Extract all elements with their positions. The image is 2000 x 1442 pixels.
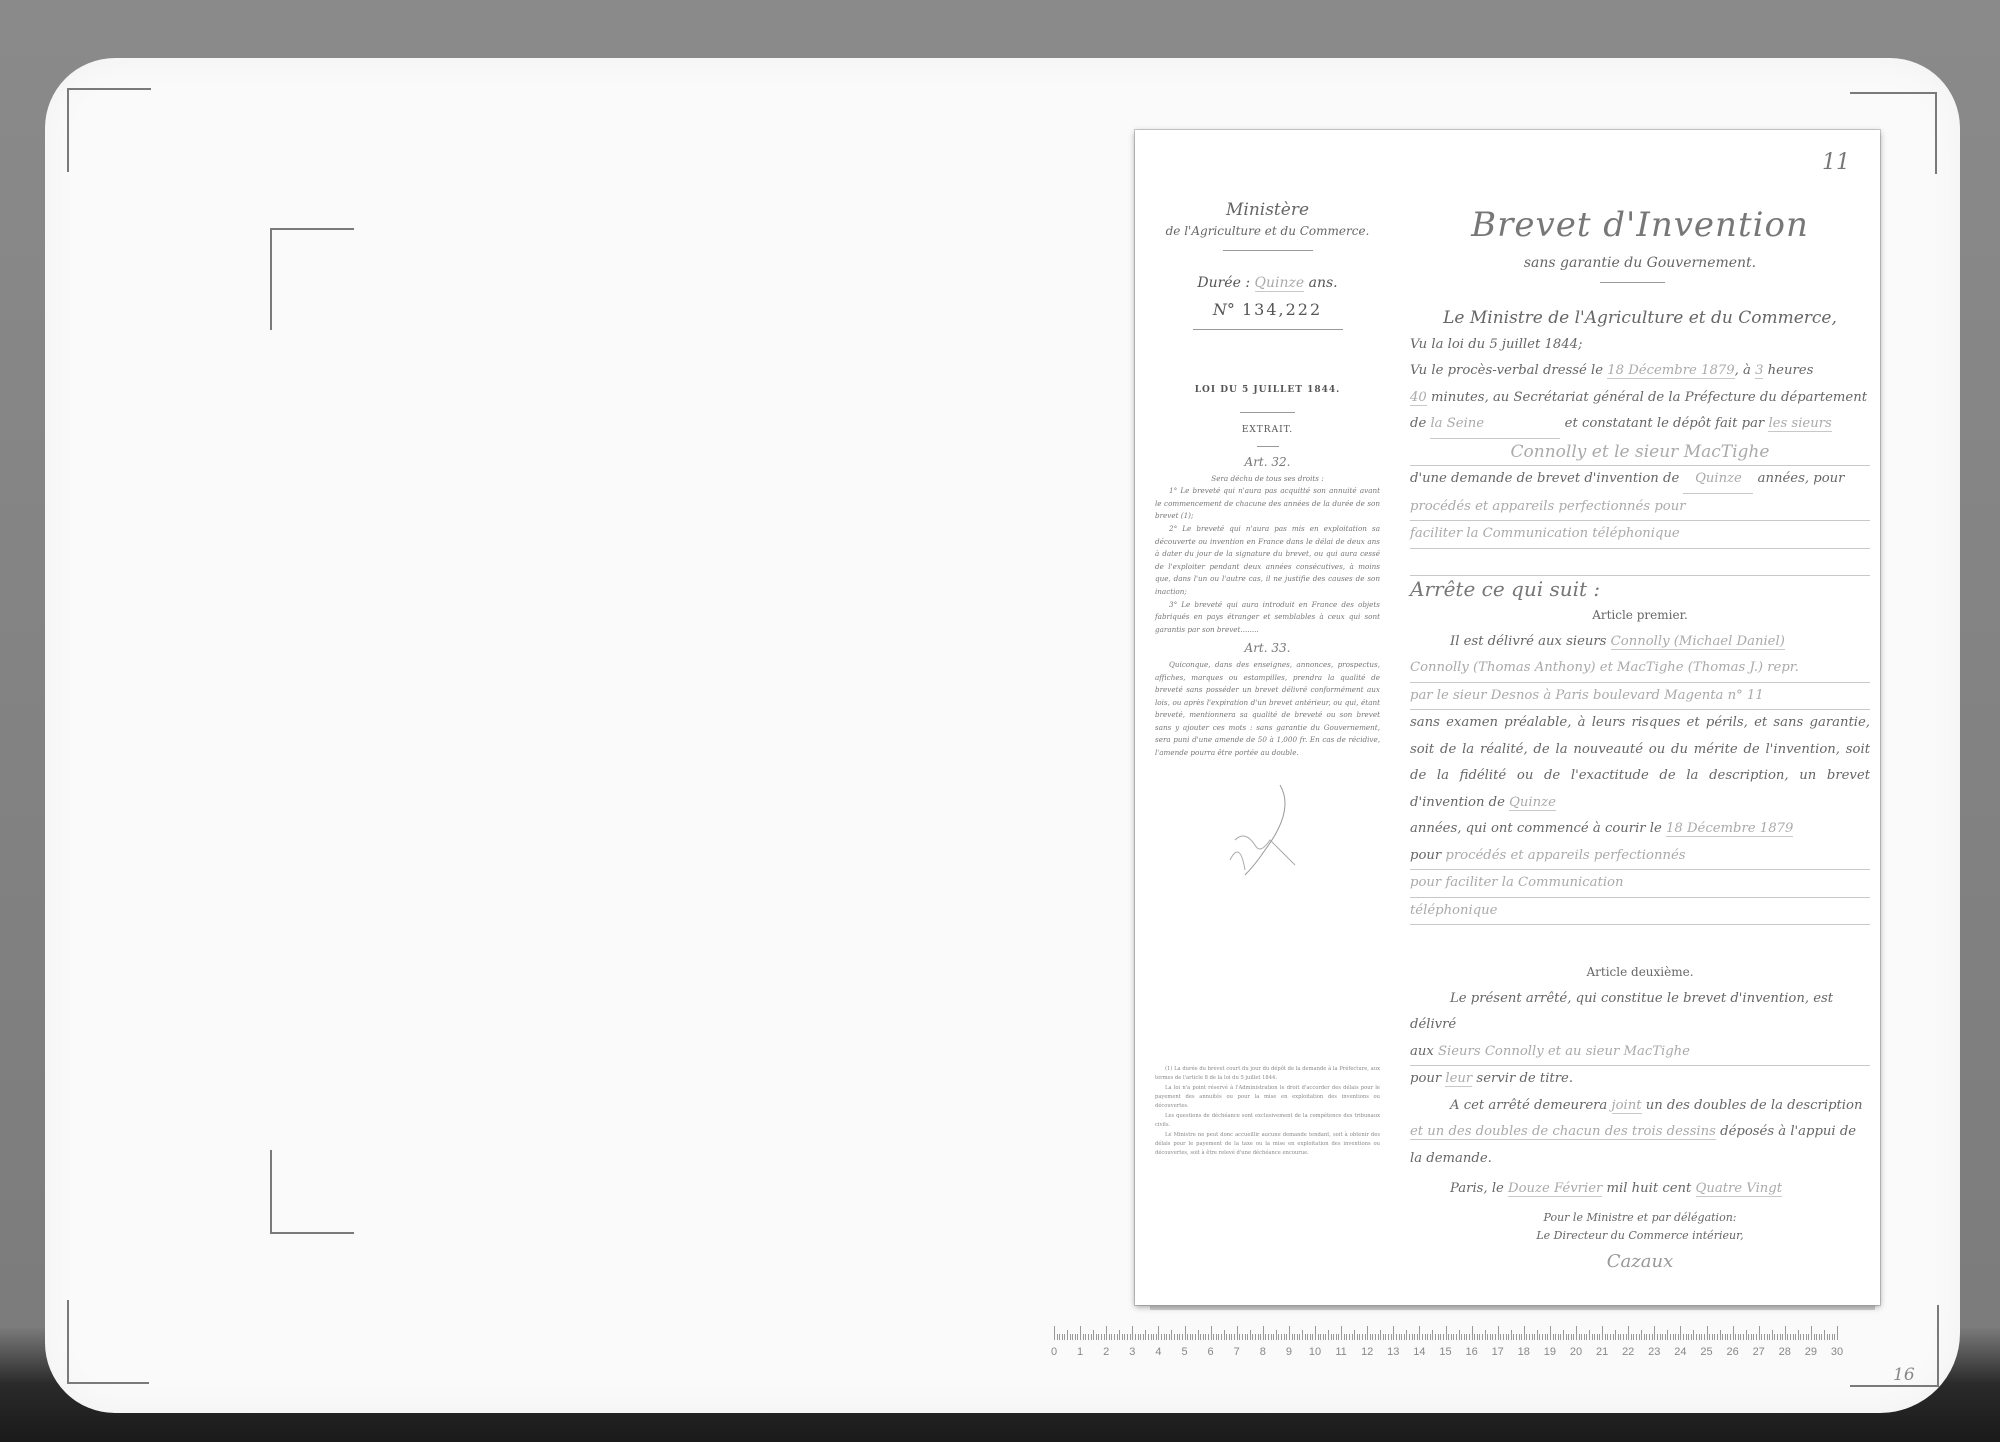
ruler-tick — [1221, 1334, 1222, 1340]
ruler-tick — [1662, 1334, 1663, 1340]
ruler-tick — [1263, 1326, 1264, 1340]
ruler-tick — [1506, 1334, 1507, 1340]
ruler-tick — [1584, 1334, 1585, 1340]
ruler-tick — [1534, 1334, 1535, 1340]
ruler-label: 8 — [1260, 1346, 1266, 1358]
ruler-tick — [1169, 1334, 1170, 1340]
corner-mark-top-left — [67, 88, 151, 172]
divider — [1223, 250, 1313, 251]
ruler-tick — [1485, 1330, 1486, 1340]
ruler-tick — [1477, 1334, 1478, 1340]
ruler-tick — [1464, 1334, 1465, 1340]
ruler-tick — [1693, 1330, 1694, 1340]
ruler-tick — [1289, 1326, 1290, 1340]
ruler-tick — [1153, 1334, 1154, 1340]
ruler-label: 22 — [1622, 1346, 1634, 1358]
ruler-tick — [1456, 1334, 1457, 1340]
fill-line — [1410, 549, 1870, 576]
ruler-tick — [1391, 1334, 1392, 1340]
duree-value: Quinze — [1255, 275, 1305, 292]
duree-label: Durée : — [1197, 275, 1250, 291]
ruler-tick — [1174, 1334, 1175, 1340]
ruler-tick — [1231, 1334, 1232, 1340]
ruler-tick — [1435, 1334, 1436, 1340]
article1-objet: pour faciliter la Communication — [1410, 870, 1870, 898]
ruler-tick — [1516, 1334, 1517, 1340]
ruler-label: 2 — [1103, 1346, 1109, 1358]
ruler-tick — [1524, 1326, 1525, 1340]
ruler-tick — [1573, 1334, 1574, 1340]
ruler-tick — [1252, 1334, 1253, 1340]
ruler-tick — [1764, 1334, 1765, 1340]
ruler-tick — [1234, 1334, 1235, 1340]
ruler-tick — [1198, 1330, 1199, 1340]
ruler-tick — [1273, 1334, 1274, 1340]
art33-title: Art. 33. — [1155, 642, 1380, 655]
joint-line2: et un des doubles de chacun des trois de… — [1410, 1119, 1870, 1172]
ruler-tick — [1691, 1334, 1692, 1340]
ruler-label: 27 — [1753, 1346, 1765, 1358]
ruler-tick — [1132, 1326, 1133, 1340]
ruler-tick — [1542, 1334, 1543, 1340]
ruler-tick — [1323, 1334, 1324, 1340]
ruler-tick — [1432, 1330, 1433, 1340]
page-number: 16 — [1893, 1365, 1915, 1385]
ruler-tick — [1080, 1326, 1081, 1340]
ruler-tick — [1401, 1334, 1402, 1340]
ruler-tick — [1422, 1334, 1423, 1340]
ruler-tick — [1759, 1326, 1760, 1340]
ruler-label: 15 — [1439, 1346, 1451, 1358]
ruler-tick — [1307, 1334, 1308, 1340]
ruler-tick — [1333, 1334, 1334, 1340]
ruler-tick — [1699, 1334, 1700, 1340]
ruler-tick — [1451, 1334, 1452, 1340]
ruler-tick — [1774, 1334, 1775, 1340]
ruler-tick — [1712, 1334, 1713, 1340]
ruler-tick — [1500, 1334, 1501, 1340]
ruler-tick — [1177, 1334, 1178, 1340]
ruler-tick — [1576, 1326, 1577, 1340]
ruler-tick — [1459, 1330, 1460, 1340]
objet-line: procédés et appareils perfectionnés pour — [1410, 494, 1870, 522]
ruler-tick — [1396, 1334, 1397, 1340]
ruler-tick — [1487, 1334, 1488, 1340]
ruler-tick — [1589, 1330, 1590, 1340]
art32-item: 2° Le breveté qui n'aura pas mis en expl… — [1155, 523, 1380, 599]
ruler-tick — [1109, 1334, 1110, 1340]
ruler-tick — [1704, 1334, 1705, 1340]
article2-text: Le présent arrêté, qui constitue le brev… — [1410, 986, 1870, 1039]
ruler-label: 20 — [1570, 1346, 1582, 1358]
footnote: Le Ministre ne peut donc accueillir aucu… — [1155, 1131, 1380, 1158]
ruler-label: 18 — [1518, 1346, 1530, 1358]
divider — [1600, 282, 1665, 283]
ruler-tick — [1748, 1334, 1749, 1340]
ruler-tick — [1453, 1334, 1454, 1340]
ruler-tick — [1808, 1334, 1809, 1340]
ruler-tick — [1571, 1334, 1572, 1340]
ruler-tick — [1378, 1334, 1379, 1340]
ruler-tick — [1164, 1334, 1165, 1340]
duree-unit: ans. — [1309, 275, 1338, 291]
ruler-tick — [1226, 1334, 1227, 1340]
ruler-tick — [1247, 1334, 1248, 1340]
ruler-tick — [1216, 1334, 1217, 1340]
ruler-tick — [1814, 1334, 1815, 1340]
ministry-line2: de l'Agriculture et du Commerce. — [1135, 224, 1400, 238]
ruler-tick — [1829, 1334, 1830, 1340]
ruler-tick — [1513, 1334, 1514, 1340]
ruler-label: 9 — [1286, 1346, 1292, 1358]
ministry-header: Ministère de l'Agriculture et du Commerc… — [1135, 200, 1400, 251]
ruler-tick — [1070, 1334, 1071, 1340]
ruler-tick — [1592, 1334, 1593, 1340]
date-line: Paris, le Douze Février mil huit cent Qu… — [1410, 1176, 1870, 1203]
ruler-tick — [1284, 1334, 1285, 1340]
objet-line: faciliter la Communication téléphonique — [1410, 521, 1870, 549]
ruler-tick — [1545, 1334, 1546, 1340]
ruler-tick — [1581, 1334, 1582, 1340]
patent-document: Ministère de l'Agriculture et du Commerc… — [1135, 130, 1880, 1305]
ruler-tick — [1281, 1334, 1282, 1340]
ruler-tick — [1660, 1334, 1661, 1340]
ruler-label: 30 — [1831, 1346, 1843, 1358]
ruler-tick — [1649, 1334, 1650, 1340]
ruler-tick — [1790, 1334, 1791, 1340]
ruler-tick — [1185, 1326, 1186, 1340]
ruler-tick — [1623, 1334, 1624, 1340]
departement: la Seine — [1430, 411, 1560, 439]
ruler-label: 16 — [1465, 1346, 1477, 1358]
ruler-tick — [1714, 1334, 1715, 1340]
ruler-tick — [1448, 1334, 1449, 1340]
ruler-tick — [1780, 1334, 1781, 1340]
ruler-tick — [1200, 1334, 1201, 1340]
ruler-label: 28 — [1779, 1346, 1791, 1358]
ruler-tick — [1631, 1334, 1632, 1340]
ruler-tick — [1680, 1326, 1681, 1340]
ruler-tick — [1211, 1326, 1212, 1340]
ruler-tick — [1302, 1330, 1303, 1340]
article1-objet: pour procédés et appareils perfectionnés — [1410, 843, 1870, 871]
ruler-tick — [1550, 1326, 1551, 1340]
pv-hour: 3 — [1755, 363, 1763, 379]
ruler-tick — [1620, 1334, 1621, 1340]
ruler-tick — [1059, 1334, 1060, 1340]
main-column: Brevet d'Invention sans garantie du Gouv… — [1410, 130, 1870, 1305]
demande-line: d'une demande de brevet d'invention de Q… — [1410, 466, 1870, 494]
ruler-label: 26 — [1726, 1346, 1738, 1358]
patent-number: N° 134,222 — [1135, 300, 1400, 330]
ruler-label: 6 — [1208, 1346, 1214, 1358]
ruler-tick — [1709, 1334, 1710, 1340]
ruler-tick — [1720, 1330, 1721, 1340]
ruler-tick — [1701, 1334, 1702, 1340]
ruler-tick — [1239, 1334, 1240, 1340]
ruler-tick — [1670, 1334, 1671, 1340]
ruler-tick — [1315, 1326, 1316, 1340]
ruler-tick — [1529, 1334, 1530, 1340]
ruler-tick — [1667, 1330, 1668, 1340]
ruler-label: 3 — [1129, 1346, 1135, 1358]
ruler-tick — [1793, 1334, 1794, 1340]
ruler-tick — [1091, 1334, 1092, 1340]
ministre-heading: Le Ministre de l'Agriculture et du Comme… — [1410, 305, 1870, 332]
footnote: Les questions de déchéance sont exclusiv… — [1155, 1112, 1380, 1130]
ruler-tick — [1057, 1334, 1058, 1340]
ruler-tick — [1446, 1326, 1447, 1340]
ruler-tick — [1652, 1334, 1653, 1340]
ruler-label: 14 — [1413, 1346, 1425, 1358]
article1-body: sans examen préalable, à leurs risques e… — [1410, 710, 1870, 816]
ruler-tick — [1605, 1334, 1606, 1340]
ministry-line1: Ministère — [1135, 200, 1400, 220]
ruler-tick — [1179, 1334, 1180, 1340]
ruler-tick — [1495, 1334, 1496, 1340]
ruler-tick — [1093, 1330, 1094, 1340]
ruler-tick — [1130, 1334, 1131, 1340]
ruler-tick — [1224, 1330, 1225, 1340]
ruler-tick — [1245, 1334, 1246, 1340]
article1-title: Article premier. — [1410, 602, 1870, 629]
ruler-tick — [1767, 1334, 1768, 1340]
ruler-tick — [1613, 1334, 1614, 1340]
ruler-tick — [1479, 1334, 1480, 1340]
ruler-tick — [1597, 1334, 1598, 1340]
ruler-tick — [1067, 1330, 1068, 1340]
ruler-tick — [1594, 1334, 1595, 1340]
ruler-tick — [1299, 1334, 1300, 1340]
ruler-tick — [1344, 1334, 1345, 1340]
ruler-tick — [1328, 1330, 1329, 1340]
ruler-tick — [1735, 1334, 1736, 1340]
ruler-tick — [1725, 1334, 1726, 1340]
ruler-tick — [1412, 1334, 1413, 1340]
ruler-tick — [1218, 1334, 1219, 1340]
ruler-tick — [1370, 1334, 1371, 1340]
ruler-tick — [1375, 1334, 1376, 1340]
joint-line: A cet arrêté demeurera joint un des doub… — [1410, 1093, 1870, 1120]
ruler-tick — [1722, 1334, 1723, 1340]
ruler-tick — [1795, 1334, 1796, 1340]
ruler-tick — [1568, 1334, 1569, 1340]
ruler-tick — [1106, 1326, 1107, 1340]
ruler-tick — [1644, 1334, 1645, 1340]
ruler-tick — [1547, 1334, 1548, 1340]
article2-titre: pour leur servir de titre. — [1410, 1066, 1870, 1093]
corner-mark-bottom-left — [67, 1300, 149, 1384]
ruler-label: 5 — [1181, 1346, 1187, 1358]
ruler-tick — [1294, 1334, 1295, 1340]
ruler-tick — [1532, 1334, 1533, 1340]
ruler-tick — [1310, 1334, 1311, 1340]
ruler-tick — [1229, 1334, 1230, 1340]
ruler-tick — [1800, 1334, 1801, 1340]
ruler-tick — [1738, 1334, 1739, 1340]
ruler-tick — [1508, 1334, 1509, 1340]
ruler-tick — [1242, 1334, 1243, 1340]
ruler-tick — [1610, 1334, 1611, 1340]
ruler-tick — [1119, 1330, 1120, 1340]
ruler-tick — [1271, 1334, 1272, 1340]
ruler-label: 24 — [1674, 1346, 1686, 1358]
ruler-tick — [1730, 1334, 1731, 1340]
ruler-tick — [1268, 1334, 1269, 1340]
ruler-label: 21 — [1596, 1346, 1608, 1358]
ruler-tick — [1563, 1330, 1564, 1340]
ruler-tick — [1819, 1334, 1820, 1340]
ruler-tick — [1140, 1334, 1141, 1340]
ruler-tick — [1553, 1334, 1554, 1340]
handwritten-stamp-mark — [1225, 780, 1305, 880]
ruler-tick — [1751, 1334, 1752, 1340]
ruler-tick — [1675, 1334, 1676, 1340]
article1-objet: téléphonique — [1410, 898, 1870, 926]
ruler-tick — [1782, 1334, 1783, 1340]
ruler-tick — [1492, 1334, 1493, 1340]
departement-line: de la Seine et constatant le dépôt fait … — [1410, 411, 1870, 439]
ruler-tick — [1425, 1334, 1426, 1340]
ruler-tick — [1417, 1334, 1418, 1340]
ruler-tick — [1607, 1334, 1608, 1340]
ruler-tick — [1806, 1334, 1807, 1340]
ruler-tick — [1064, 1334, 1065, 1340]
ruler-label: 19 — [1544, 1346, 1556, 1358]
ruler-tick — [1717, 1334, 1718, 1340]
deposants: Connolly et le sieur MacTighe — [1410, 439, 1870, 467]
ruler-tick — [1419, 1326, 1420, 1340]
ruler-tick — [1258, 1334, 1259, 1340]
minutes-line: 40 minutes, au Secrétariat général de la… — [1410, 385, 1870, 412]
delegation: Pour le Ministre et par délégation: — [1410, 1209, 1870, 1227]
ruler-tick — [1331, 1334, 1332, 1340]
ruler-tick — [1104, 1334, 1105, 1340]
article1-handwritten: par le sieur Desnos à Paris boulevard Ma… — [1410, 683, 1870, 711]
ruler-tick — [1688, 1334, 1689, 1340]
ruler-tick — [1472, 1326, 1473, 1340]
ruler-tick — [1203, 1334, 1204, 1340]
ruler-tick — [1372, 1334, 1373, 1340]
measurement-ruler: 0123456789101112131415161718192021222324… — [1050, 1322, 1860, 1364]
ruler-tick — [1678, 1334, 1679, 1340]
ruler-tick — [1430, 1334, 1431, 1340]
ruler-tick — [1409, 1334, 1410, 1340]
document-subtitle: sans garantie du Gouvernement. — [1410, 255, 1870, 271]
ruler-tick — [1187, 1334, 1188, 1340]
ruler-tick — [1498, 1326, 1499, 1340]
ruler-tick — [1383, 1334, 1384, 1340]
ruler-tick — [1696, 1334, 1697, 1340]
ruler-tick — [1461, 1334, 1462, 1340]
article1-handwritten: Connolly (Thomas Anthony) et MacTighe (T… — [1410, 655, 1870, 683]
ruler-tick — [1427, 1334, 1428, 1340]
ruler-tick — [1798, 1330, 1799, 1340]
ruler-tick — [1151, 1334, 1152, 1340]
ruler-tick — [1362, 1334, 1363, 1340]
ruler-tick — [1519, 1334, 1520, 1340]
extract-label: EXTRAIT. — [1135, 425, 1400, 435]
ruler-tick — [1161, 1334, 1162, 1340]
ruler-tick — [1148, 1334, 1149, 1340]
footnotes: (1) La durée du brevet court du jour du … — [1155, 1065, 1380, 1159]
ruler-tick — [1490, 1334, 1491, 1340]
ruler-tick — [1761, 1334, 1762, 1340]
ruler-label: 1 — [1077, 1346, 1083, 1358]
ruler-tick — [1166, 1334, 1167, 1340]
ruler-tick — [1122, 1334, 1123, 1340]
arrete-heading: Arrête ce qui suit : — [1410, 576, 1870, 603]
ruler-tick — [1213, 1334, 1214, 1340]
ruler-tick — [1707, 1326, 1708, 1340]
divider — [1193, 329, 1343, 330]
ruler-tick — [1404, 1334, 1405, 1340]
ruler-tick — [1352, 1334, 1353, 1340]
ruler-tick — [1286, 1334, 1287, 1340]
ruler-tick — [1602, 1326, 1603, 1340]
ruler-tick — [1503, 1334, 1504, 1340]
ruler-tick — [1406, 1330, 1407, 1340]
ruler-tick — [1250, 1330, 1251, 1340]
ruler-tick — [1325, 1334, 1326, 1340]
ruler-tick — [1673, 1334, 1674, 1340]
divider — [1240, 412, 1295, 413]
ruler-tick — [1414, 1334, 1415, 1340]
art32-title: Art. 32. — [1155, 456, 1380, 469]
ruler-label: 25 — [1700, 1346, 1712, 1358]
ruler-tick — [1555, 1334, 1556, 1340]
art32-item: 3° Le breveté qui aura introduit en Fran… — [1155, 599, 1380, 637]
ruler-tick — [1740, 1334, 1741, 1340]
signature-block: Pour le Ministre et par délégation: Le D… — [1410, 1209, 1870, 1271]
ruler-tick — [1305, 1334, 1306, 1340]
ruler-tick — [1365, 1334, 1366, 1340]
ruler-label: 0 — [1051, 1346, 1057, 1358]
divider — [1257, 446, 1279, 447]
ruler-tick — [1145, 1330, 1146, 1340]
ruler-tick — [1821, 1334, 1822, 1340]
ruler-label: 17 — [1492, 1346, 1504, 1358]
ruler-tick — [1639, 1334, 1640, 1340]
ruler-tick — [1834, 1334, 1835, 1340]
document-title: Brevet d'Invention — [1410, 205, 1870, 245]
ruler-tick — [1088, 1334, 1089, 1340]
footnote: (1) La durée du brevet court du jour du … — [1155, 1065, 1380, 1083]
ruler-tick — [1320, 1334, 1321, 1340]
ruler-tick — [1743, 1334, 1744, 1340]
ruler-tick — [1511, 1330, 1512, 1340]
ruler-tick — [1539, 1334, 1540, 1340]
ruler-tick — [1336, 1334, 1337, 1340]
ruler-tick — [1560, 1334, 1561, 1340]
left-column: Ministère de l'Agriculture et du Commerc… — [1135, 130, 1400, 1305]
ruler-tick — [1579, 1334, 1580, 1340]
ruler-tick — [1657, 1334, 1658, 1340]
ruler-tick — [1469, 1334, 1470, 1340]
ruler-tick — [1769, 1334, 1770, 1340]
ruler-tick — [1195, 1334, 1196, 1340]
ruler-tick — [1338, 1334, 1339, 1340]
ruler-tick — [1558, 1334, 1559, 1340]
ruler-tick — [1143, 1334, 1144, 1340]
ruler-tick — [1832, 1334, 1833, 1340]
vu-proces-verbal: Vu le procès-verbal dressé le 18 Décembr… — [1410, 358, 1870, 385]
ruler-tick — [1474, 1334, 1475, 1340]
ruler-tick — [1255, 1334, 1256, 1340]
ruler-tick — [1278, 1334, 1279, 1340]
law-extract: Art. 32. Sera déchu de tous ses droits :… — [1155, 450, 1380, 760]
art33-text: Quiconque, dans des enseignes, annonces,… — [1155, 659, 1380, 760]
